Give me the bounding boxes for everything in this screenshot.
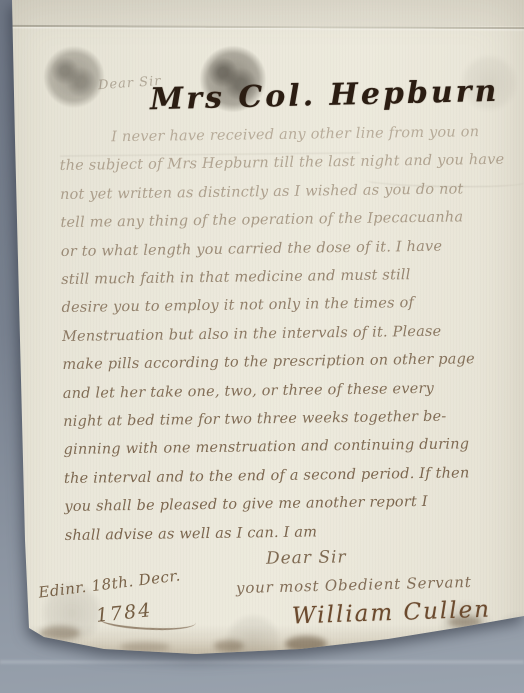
letter-body: I never have received any other line fro… xyxy=(59,118,495,550)
edge-smudge xyxy=(214,640,244,652)
letter-paper: Dear Sir Mrs Col. Hepburn I never have r… xyxy=(0,0,524,693)
edge-smudge xyxy=(285,636,327,652)
edge-smudge xyxy=(40,626,80,640)
letter-line: shall advise as well as I can. I am xyxy=(65,516,495,550)
letter-paper-wrap: Dear Sir Mrs Col. Hepburn I never have r… xyxy=(0,0,524,693)
closing-valediction: your most Obedient Servant xyxy=(236,573,472,597)
letter-heading: Mrs Col. Hepburn xyxy=(150,74,500,118)
seal-blot xyxy=(44,46,104,108)
manuscript-photo: Dear Sir Mrs Col. Hepburn I never have r… xyxy=(0,0,524,693)
dateline-place-date: Edinr. 18th. Decr. xyxy=(37,566,181,601)
edge-smudge xyxy=(120,642,170,652)
paper-top-band xyxy=(0,0,524,26)
seal-blot xyxy=(492,612,524,660)
closing-salutation: Dear Sir xyxy=(266,547,347,568)
